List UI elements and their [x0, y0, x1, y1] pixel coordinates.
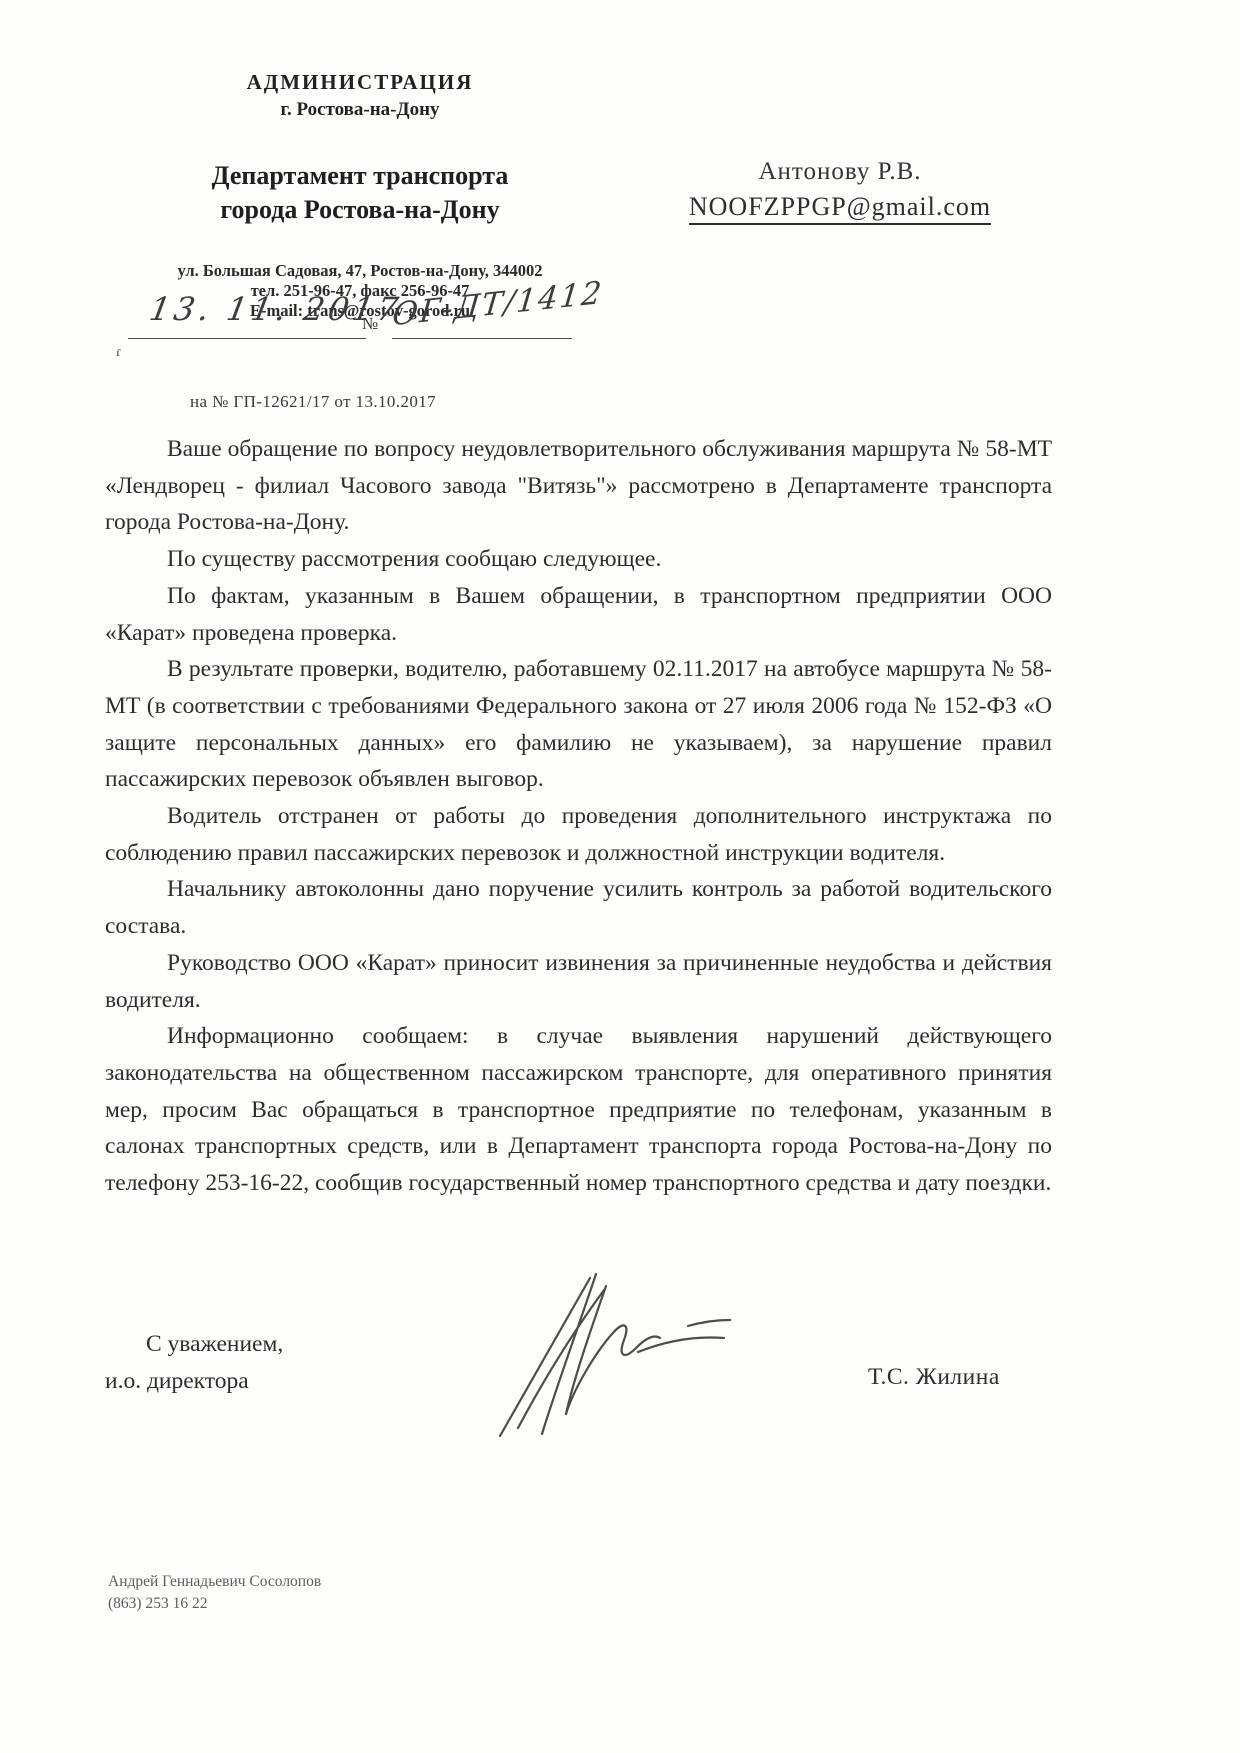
recipient-block: Антонову Р.В. NOOFZPPGP@gmail.com	[630, 158, 1050, 225]
paragraph: Ваше обращение по вопросу неудовлетворит…	[105, 431, 1052, 541]
org-name-line2: г. Ростова-на-Дону	[110, 99, 610, 121]
number-underline	[392, 338, 572, 339]
department-name-line2: города Ростова-на-Дону	[110, 193, 610, 227]
signer-name: Т.С. Жилина	[868, 1364, 1000, 1391]
scanned-letter-page: АДМИНИСТРАЦИЯ г. Ростова-на-Дону Департа…	[0, 0, 1240, 1753]
paragraph: В результате проверки, водителю, работав…	[105, 651, 1052, 798]
date-underline	[128, 338, 366, 339]
paragraph: Руководство ООО «Карат» приносит извинен…	[105, 945, 1052, 1018]
number-sign: №	[362, 314, 378, 334]
paragraph: Информационно сообщаем: в случае выявлен…	[105, 1018, 1052, 1202]
department-name: Департамент транспорта города Ростова-на…	[110, 159, 610, 227]
letter-body: Ваше обращение по вопросу неудовлетворит…	[105, 431, 1052, 1202]
department-name-line1: Департамент транспорта	[110, 159, 610, 193]
closing-phrase: С уважением,	[146, 1331, 283, 1358]
recipient-name: Антонову Р.В.	[630, 158, 1050, 186]
executor-block: Андрей Геннадьевич Сосолопов (863) 253 1…	[108, 1571, 321, 1615]
signer-position: и.о. директора	[105, 1368, 249, 1395]
executor-name: Андрей Геннадьевич Сосолопов	[108, 1571, 321, 1593]
signature-scribble	[478, 1268, 758, 1448]
paragraph: По фактам, указанным в Вашем обращении, …	[105, 578, 1052, 651]
paragraph: Водитель отстранен от работы до проведен…	[105, 798, 1052, 871]
executor-phone: (863) 253 16 22	[108, 1593, 321, 1615]
reply-reference: на № ГП-12621/17 от 13.10.2017	[190, 392, 436, 412]
org-name-line1: АДМИНИСТРАЦИЯ	[110, 70, 610, 95]
recipient-email: NOOFZPPGP@gmail.com	[689, 192, 991, 225]
paragraph: По существу рассмотрения сообщаю следующ…	[105, 541, 1052, 578]
address-line: ул. Большая Садовая, 47, Ростов-на-Дону,…	[110, 261, 610, 281]
stray-pen-mark: ɾ	[116, 344, 121, 361]
paragraph: Начальнику автоколонны дано поручение ус…	[105, 871, 1052, 944]
